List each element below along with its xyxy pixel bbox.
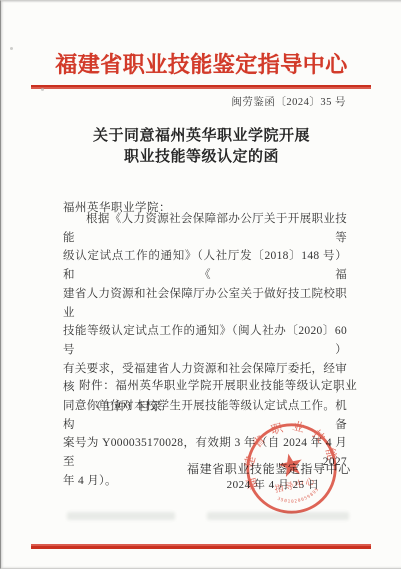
scan-speck	[41, 88, 44, 91]
document-number: 闽劳鉴函〔2024〕35 号	[231, 96, 346, 110]
body-line: 根据《人力资源社会保障部办公厅关于开展职业技能等	[63, 210, 347, 247]
letter-title-line1: 关于同意福州英华职业学院开展	[1, 126, 401, 147]
ink-bleedthrough	[67, 512, 175, 520]
body-line: 建省人力资源和社会保障厅办公室关于做好技工院校职业	[63, 285, 347, 322]
attachment-note-line2: （工种）目录	[90, 399, 163, 415]
scan-speck	[10, 47, 13, 50]
letter-title-line2: 职业技能等级认定的函	[1, 147, 401, 168]
seal-center-text: 指导中心	[273, 475, 316, 494]
body-line: 技能等级认定试点工作的通知》（闽人社办〔2020〕60 号）	[63, 322, 347, 359]
seal-star-icon	[277, 451, 305, 478]
header-double-rule	[31, 85, 371, 88]
attachment-note-line1: 附件：福州英华职业学院开展职业技能等级认定职业	[79, 378, 357, 394]
footer-double-rule	[31, 544, 371, 546]
letterhead-title: 福建省职业技能鉴定指导中心	[1, 50, 401, 80]
official-red-seal: 福建省职业技能鉴定 指导中心 3501020059895	[235, 412, 348, 525]
body-line: 级认定试点工作的通知》（人社厅发〔2018〕148 号）和《福	[63, 247, 347, 284]
letter-title: 关于同意福州英华职业学院开展 职业技能等级认定的函	[1, 126, 401, 168]
official-letter-page: 福建省职业技能鉴定指导中心 闽劳鉴函〔2024〕35 号 关于同意福州英华职业学…	[0, 0, 401, 569]
